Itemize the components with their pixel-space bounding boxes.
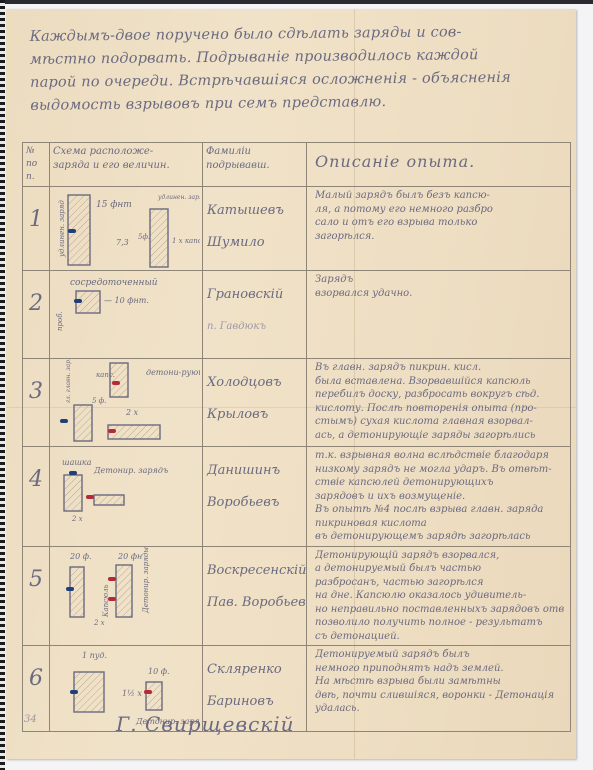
- row-number: 2: [23, 271, 50, 359]
- scanner-edge-top: [0, 0, 593, 4]
- scheme-label: детони-рующіе заряды: [146, 368, 200, 377]
- experiment-description: Детонирующій зарядъ взорвался,а детониру…: [307, 546, 571, 646]
- description-line: ась, а детонирующіе заряды загорѣлись: [315, 429, 564, 443]
- scheme-label: 5ф.: [138, 233, 150, 241]
- description-line: но неправильно поставленныхъ зарядовъ от…: [315, 603, 564, 617]
- operator-name: п. Гавдюкъ: [203, 303, 306, 335]
- table-row: 6 1 пуд.10 ф.1½ хДетонир. зарядъ Склярен…: [23, 646, 571, 732]
- operator-name: Грановскій: [203, 271, 306, 303]
- charge-scheme: капс.детони-рующіе заряды2 хгл. главн. з…: [50, 359, 203, 447]
- operator-name: Воробьевъ: [203, 479, 306, 511]
- operator-name: Скляренко: [203, 646, 306, 678]
- scheme-label: гл. главн. зарядъ: [65, 359, 72, 403]
- scheme-label: 1½ х: [122, 689, 142, 698]
- operator-names: Катышевъ Шумило: [203, 187, 307, 271]
- operator-name: Крыловъ: [203, 391, 306, 423]
- experiment-description: Детонируемый зарядъ былънемного приподня…: [307, 646, 571, 732]
- binding-edge: [0, 0, 5, 770]
- scheme-label: 7,3: [116, 238, 129, 247]
- charge-diagram: сосредоточенный— 10 фнт.проб.: [50, 271, 200, 357]
- description-line: съ детонацией.: [315, 630, 564, 644]
- description-line: Въ главн. зарядъ пикрин. кисл.: [315, 361, 564, 375]
- scheme-label: 15 фнт: [96, 200, 132, 210]
- description-line: пикриновая кислота: [315, 517, 564, 531]
- operator-names: Холодцовъ Крыловъ: [203, 359, 307, 447]
- scheme-label: удлинен. заряд: [58, 200, 66, 258]
- description-line: т.к. взрывная волна вслѣдствіе благодаря: [315, 449, 564, 463]
- description-line: сало и отъ его взрыва только: [315, 216, 564, 230]
- description-line: зарядовъ и ихъ возмущеніе.: [315, 490, 564, 504]
- table-header-row: № по п. Схема расположе- заряда и его ве…: [23, 143, 571, 187]
- scheme-label: проб.: [56, 311, 64, 331]
- header-scheme: Схема расположе- заряда и его величин.: [50, 143, 203, 187]
- operator-name: Данишинъ: [203, 447, 306, 479]
- description-line: а детонируемый былъ частью: [315, 562, 564, 576]
- row-number: 4: [23, 447, 50, 547]
- scheme-label: 10 ф.: [148, 667, 170, 676]
- description-line: двѣ, почти слившіяся, воронки - Детонаці…: [315, 689, 564, 703]
- header-number-line: №: [26, 145, 46, 158]
- scheme-label: 2 х: [93, 619, 105, 627]
- header-number: № по п.: [23, 143, 50, 187]
- header-names-line: Фамиліи: [206, 145, 303, 159]
- charge-scheme: 20 ф.20 фнКапсюль2 хДетонир. заряды: [50, 546, 203, 646]
- scheme-label: Детонир. зарядъ: [93, 466, 168, 475]
- header-scheme-line: заряда и его величин.: [53, 159, 199, 173]
- operator-names: Воскресенскій Пав. Воробьевъ: [203, 546, 307, 646]
- experiment-description: Малый зарядъ былъ безъ капсю-ля, а потом…: [307, 187, 571, 271]
- experiment-table: № по п. Схема расположе- заряда и его ве…: [22, 142, 571, 732]
- scheme-label: 20 фн: [117, 552, 142, 561]
- operator-name: Холодцовъ: [203, 359, 306, 391]
- row-number: 1: [23, 187, 50, 271]
- description-line: разбросанъ, частью загорѣлся: [315, 576, 564, 590]
- operator-names: Грановскій п. Гавдюкъ: [203, 271, 307, 359]
- operator-names: Данишинъ Воробьевъ: [203, 447, 307, 547]
- scheme-label: капс.: [96, 371, 115, 379]
- scheme-label: 2 х: [71, 515, 83, 523]
- description-line: ля, а потому его немного разбро: [315, 203, 564, 217]
- signature: Г. Свирщевскій: [116, 712, 295, 736]
- experiment-description: т.к. взрывная волна вслѣдствіе благодаря…: [307, 447, 571, 547]
- charge-scheme: шашкаДетонир. зарядъ2 х: [50, 447, 203, 547]
- marginal-note: 34: [24, 714, 37, 725]
- description-line: немного приподнятъ надъ землей.: [315, 662, 564, 676]
- description-line: ствіе капсюлей детонирующихъ: [315, 476, 564, 490]
- row-number: 3: [23, 359, 50, 447]
- header-description: Описаніе опыта.: [307, 143, 571, 187]
- scheme-label: Капсюль: [102, 584, 110, 618]
- operator-name: Пав. Воробьевъ: [203, 579, 306, 611]
- description-line: Зарядъ: [315, 273, 564, 287]
- charge-diagram: капс.детони-рующіе заряды2 хгл. главн. з…: [50, 359, 200, 445]
- intro-line: выдомость взрывовъ при семъ представлю.: [30, 89, 570, 118]
- description-line: позволило получить полное - результатъ: [315, 616, 564, 630]
- description-line: взорвался удачно.: [315, 287, 564, 301]
- header-names-line: подрывавш.: [206, 159, 303, 173]
- description-line: удалась.: [315, 702, 564, 716]
- scheme-label: шашка: [62, 458, 92, 467]
- table-row: 3 капс.детони-рующіе заряды2 хгл. главн.…: [23, 359, 571, 447]
- charge-diagram: удлинен. заряд15 фнтудлинен. зарядъ безъ…: [50, 187, 200, 269]
- description-line: низкому зарядъ не могла ударъ. Въ отвѣт-: [315, 463, 564, 477]
- charge-scheme: удлинен. заряд15 фнтудлинен. зарядъ безъ…: [50, 187, 203, 271]
- description-line: Детонирующій зарядъ взорвался,: [315, 549, 564, 563]
- charge-diagram: шашкаДетонир. зарядъ2 х: [50, 447, 200, 533]
- description-line: стымъ) сухая кислота главная взорвал-: [315, 415, 564, 429]
- scheme-label: Детонир. заряды: [142, 547, 150, 614]
- scheme-label: 5 ф.: [92, 397, 106, 405]
- table-row: 1 удлинен. заряд15 фнтудлинен. зарядъ бе…: [23, 187, 571, 271]
- scheme-label: 1 х капс.: [172, 237, 200, 245]
- description-line: Детонируемый зарядъ былъ: [315, 648, 564, 662]
- table-row: 4 шашкаДетонир. зарядъ2 х Данишинъ Вороб…: [23, 447, 571, 547]
- header-scheme-line: Схема расположе-: [53, 145, 199, 159]
- scheme-label: сосредоточенный: [70, 278, 158, 288]
- header-number-line: по п.: [26, 158, 46, 184]
- header-names: Фамиліи подрывавш.: [203, 143, 307, 187]
- scheme-label: 20 ф.: [69, 552, 92, 561]
- description-line: перебилъ доску, разбросать вокругъ сѣд.: [315, 388, 564, 402]
- description-line: На мѣстѣ взрыва были замѣтны: [315, 675, 564, 689]
- scheme-label: 2 х: [125, 408, 139, 417]
- intro-paragraph: Каждымъ-двое поручено было сдѣлать заряд…: [30, 20, 571, 118]
- description-line: Малый зарядъ былъ безъ капсю-: [315, 189, 564, 203]
- operator-name: Шумило: [203, 219, 306, 251]
- description-line: загорѣлся.: [315, 230, 564, 244]
- description-line: была вставлена. Взорвавшійся капсюль: [315, 375, 564, 389]
- scheme-label: удлинен. зарядъ безъ: [157, 194, 200, 201]
- description-line: на дне. Капсюлю оказалось удивитель-: [315, 589, 564, 603]
- operator-name: Воскресенскій: [203, 547, 306, 579]
- description-line: въ детонирующемъ зарядѣ загорѣлась: [315, 530, 564, 544]
- description-line: кислоту. Послѣ повторенія опыта (про-: [315, 402, 564, 416]
- description-line: Въ опытѣ №4 послѣ взрыва главн. заряда: [315, 503, 564, 517]
- experiment-description: Зарядъвзорвался удачно.: [307, 271, 571, 359]
- table-row: 5 20 ф.20 фнКапсюль2 хДетонир. заряды Во…: [23, 546, 571, 646]
- charge-scheme: сосредоточенный— 10 фнт.проб.: [50, 271, 203, 359]
- operator-name: Катышевъ: [203, 187, 306, 219]
- scheme-label: 1 пуд.: [82, 651, 107, 660]
- operator-name: Бариновъ: [203, 678, 306, 710]
- table-row: 2 сосредоточенный— 10 фнт.проб. Грановск…: [23, 271, 571, 359]
- scheme-label: — 10 фнт.: [104, 296, 149, 305]
- charge-diagram: 20 ф.20 фнКапсюль2 хДетонир. заряды: [50, 547, 200, 635]
- row-number: 5: [23, 546, 50, 646]
- experiment-description: Въ главн. зарядъ пикрин. кисл.была встав…: [307, 359, 571, 447]
